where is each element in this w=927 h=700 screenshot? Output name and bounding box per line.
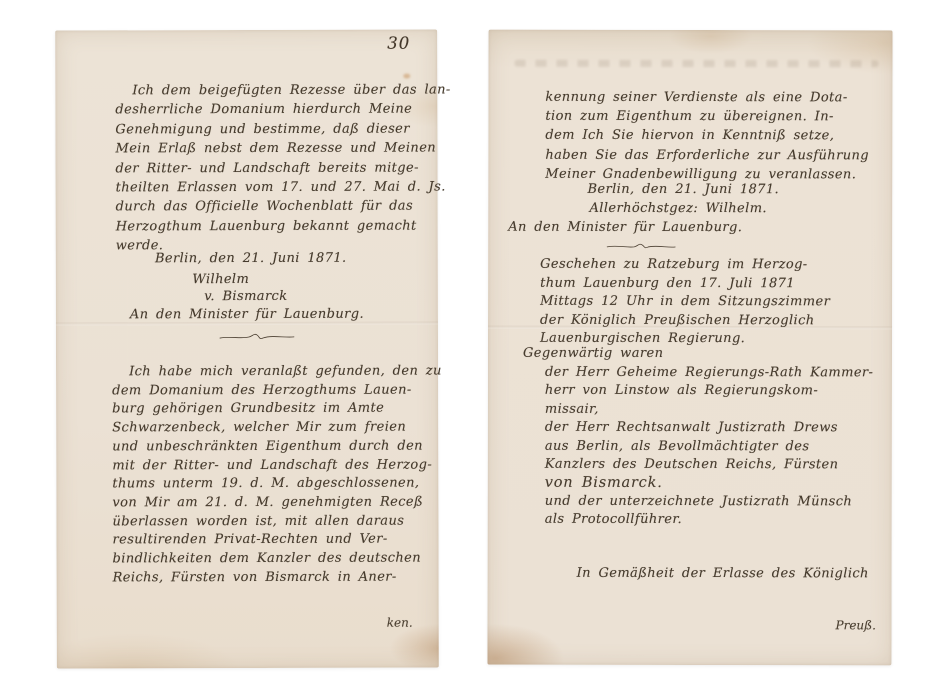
manuscript-line: missair, (545, 401, 873, 420)
manuscript-page-right: kennung seiner Verdienste als eine Dota-… (487, 30, 892, 666)
manuscript-line: Herzogthum Lauenburg bekannt gemacht (116, 216, 451, 236)
manuscript-line: Mein Erlaß nebst dem Rezesse und Meinen (115, 139, 450, 159)
foxing-spot (403, 74, 410, 79)
attendees-list: der Herr Geheime Regierungs-Rath Kammer-… (545, 364, 874, 530)
section-divider-flourish (606, 242, 676, 251)
manuscript-line: von Bismarck. (545, 474, 873, 493)
manuscript-line: desherrliche Domanium hierdurch Meine (115, 100, 450, 120)
manuscript-line: bindlichkeiten dem Kanzler des deutschen (113, 550, 443, 570)
manuscript-line: Berlin, den 21. Juni 1871. (558, 182, 808, 197)
manuscript-line: mit der Ritter- und Landschaft des Herzo… (112, 456, 442, 476)
manuscript-line: Berlin, den 21. Juni 1871. (116, 251, 386, 267)
manuscript-line: burg gehörigen Grundbesitz im Amte (112, 400, 442, 420)
cession-paragraph: Ich habe mich veranlaßt gefunden, den zu… (112, 362, 442, 587)
catchword: Preuß. (836, 618, 877, 632)
catchword: ken. (387, 616, 413, 630)
manuscript-line: dem Ich Sie hiervon in Kenntniß setze, (545, 126, 869, 146)
manuscript-line: haben Sie das Erforderliche zur Ausführu… (545, 145, 869, 165)
royal-signature: Wilhelm (106, 272, 336, 288)
manuscript-line: Schwarzenbeck, welcher Mir zum freien (112, 419, 442, 439)
manuscript-line: und unbeschränkten Eigenthum durch den (112, 437, 442, 457)
manuscript-line: von Mir am 21. d. M. genehmigten Receß (112, 493, 442, 513)
manuscript-line: thums unterm 19. d. M. abgeschlossenen, (112, 475, 442, 495)
manuscript-line: durch das Officielle Wochenblatt für das (116, 197, 451, 217)
manuscript-line: Ich habe mich veranlaßt gefunden, den zu (112, 362, 442, 382)
address-line: An den Minister für Lauenburg. (130, 307, 364, 323)
manuscript-line: der Ritter- und Landschaft bereits mitge… (116, 158, 451, 178)
manuscript-line: Wilhelm (106, 272, 336, 288)
gez-signature-line: Allerhöchstgez: Wilhelm. (543, 201, 813, 216)
manuscript-line: Mittags 12 Uhr in dem Sitzungszimmer (540, 293, 830, 312)
manuscript-photograph: 30 Ich dem beigefügten Rezesse über das … (0, 0, 927, 700)
manuscript-line: der Herr Geheime Regierungs-Rath Kammer- (545, 364, 873, 383)
manuscript-line: überlassen worden ist, mit allen daraus (112, 512, 442, 532)
manuscript-line: v. Bismarck (116, 289, 376, 305)
manuscript-line: dem Domanium des Herzogthums Lauen- (112, 381, 442, 401)
countersignature: v. Bismarck (116, 289, 376, 305)
manuscript-line: An den Minister für Lauenburg. (508, 220, 742, 235)
manuscript-line: als Protocollführer. (545, 511, 873, 530)
manuscript-page-left: 30 Ich dem beigefügten Rezesse über das … (55, 30, 439, 669)
manuscript-line: Gegenwärtig waren (523, 346, 663, 361)
manuscript-line: Geschehen zu Ratzeburg im Herzog- (540, 256, 830, 275)
decree-continuation-paragraph: kennung seiner Verdienste als eine Dota-… (545, 88, 869, 185)
royal-decree-paragraph: Ich dem beigefügten Rezesse über das lan… (115, 80, 451, 256)
manuscript-line: aus Berlin, als Bevollmächtigter des (545, 437, 873, 456)
manuscript-line: und der unterzeichnete Justizrath Münsch (545, 493, 873, 512)
manuscript-line: theilten Erlassen vom 17. und 27. Mai d.… (116, 177, 451, 197)
manuscript-line: herr von Linstow als Regierungskom- (545, 382, 873, 401)
closing-line: In Gemäßheit der Erlasse des Königlich (560, 566, 869, 582)
protocol-header-paragraph: Geschehen zu Ratzeburg im Herzog- thum L… (540, 256, 830, 349)
dateline: Berlin, den 21. Juni 1871. (558, 182, 808, 197)
manuscript-line: kennung seiner Verdienste als eine Dota- (545, 88, 869, 108)
section-divider-flourish (219, 332, 295, 342)
ink-bleed-through (514, 60, 878, 68)
manuscript-line: Reichs, Fürsten von Bismarck in Aner- (113, 568, 443, 588)
manuscript-line: thum Lauenburg den 17. Juli 1871 (540, 274, 830, 293)
manuscript-line: Allerhöchstgez: Wilhelm. (543, 201, 813, 216)
manuscript-line: der Königlich Preußischen Herzoglich (540, 311, 830, 330)
manuscript-line: In Gemäßheit der Erlasse des Königlich (560, 566, 869, 582)
manuscript-line: Ich dem beigefügten Rezesse über das lan… (115, 80, 450, 100)
dateline: Berlin, den 21. Juni 1871. (116, 251, 386, 267)
manuscript-line: resultirenden Privat-Rechten und Ver- (112, 531, 442, 551)
manuscript-line: An den Minister für Lauenburg. (130, 307, 364, 323)
present-heading: Gegenwärtig waren (523, 346, 663, 361)
address-line: An den Minister für Lauenburg. (508, 220, 742, 235)
manuscript-line: tion zum Eigenthum zu übereignen. In- (545, 107, 869, 127)
fold-crease (56, 322, 438, 326)
folio-number: 30 (387, 34, 410, 53)
manuscript-line: Genehmigung und bestimme, daß dieser (115, 119, 450, 139)
manuscript-line: der Herr Rechtsanwalt Justizrath Drews (545, 419, 873, 438)
manuscript-line: Kanzlers des Deutschen Reichs, Fürsten (545, 456, 873, 475)
